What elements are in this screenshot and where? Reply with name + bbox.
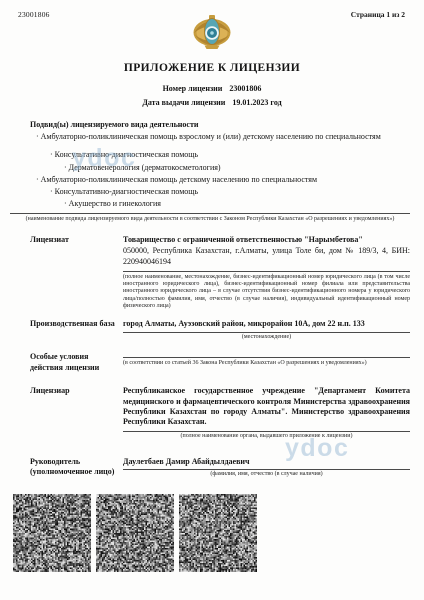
bullet-marker: · — [36, 175, 39, 184]
subtype-item: ·Дерматовенерология (дерматокосметология… — [64, 164, 410, 173]
licensee-label: Лицензиат — [30, 235, 123, 245]
qr-code-row — [13, 494, 410, 572]
subtype-item: ·Акушерство и гинекология — [64, 200, 410, 209]
page-header: 23001806 Страница 1 из 2 — [0, 0, 424, 52]
head-person-footnote: (фамилия, имя, отчество (в случае наличи… — [123, 471, 410, 478]
qr-code-2 — [96, 494, 174, 572]
license-annex-page: 23001806 Страница 1 из 2 ПРИЛОЖЕНИЕ К ЛИ… — [0, 0, 424, 600]
bullet-marker: · — [36, 132, 39, 141]
qr-code-3 — [179, 494, 257, 572]
bullet-marker: · — [64, 163, 67, 172]
licensee-row: Лицензиат Товарищество с ограниченной от… — [30, 235, 410, 310]
subtypes-heading: Подвид(ы) лицензируемого вида деятельнос… — [30, 120, 410, 129]
license-date-label: Дата выдачи лицензии — [142, 98, 225, 107]
head-person-label-line1: Руководитель — [30, 457, 123, 467]
document-number: 23001806 — [18, 10, 50, 19]
license-number-label: Номер лицензии — [163, 84, 223, 93]
subtype-item: ·Амбулаторно-поликлиническая помощь взро… — [36, 133, 410, 142]
bullet-marker: · — [50, 187, 53, 196]
license-number-line: Номер лицензии23001806 — [0, 84, 424, 93]
production-base-label: Производственная база — [30, 319, 123, 329]
special-conditions-row: Особые условия действия лицензии (в соот… — [30, 352, 410, 373]
bullet-marker: · — [64, 199, 67, 208]
special-conditions-label-line2: действия лицензии — [30, 363, 123, 373]
page-title: ПРИЛОЖЕНИЕ К ЛИЦЕНЗИИ — [0, 62, 424, 74]
subtype-item: ·Амбулаторно-поликлиническая помощь детс… — [36, 176, 410, 185]
license-number-value: 23001806 — [229, 84, 261, 93]
page-indicator: Страница 1 из 2 — [351, 10, 405, 19]
subtype-item: ·Консультативно-диагностическая помощь — [50, 151, 410, 160]
production-base-value-block: город Алматы, Ауэзовский район, микрорай… — [123, 319, 410, 341]
license-date-value: 19.01.2023 год — [232, 98, 281, 107]
subtype-text: Акушерство и гинекология — [69, 199, 161, 208]
production-base-value: город Алматы, Ауэзовский район, микрорай… — [123, 319, 410, 332]
license-date-line: Дата выдачи лицензии19.01.2023 год — [0, 98, 424, 107]
licensor-value: Республиканское государственное учрежден… — [123, 386, 410, 428]
licensee-value: Товарищество с ограниченной ответственно… — [123, 235, 410, 310]
special-conditions-label: Особые условия действия лицензии — [30, 352, 123, 373]
licensee-name: Товарищество с ограниченной ответственно… — [123, 235, 410, 245]
qr-code-1 — [13, 494, 91, 572]
subtype-text: Консультативно-диагностическая помощь — [55, 150, 198, 159]
head-person-value-block: Даулетбаев Дамир Абайдылдаевич (фамилия,… — [123, 457, 410, 479]
head-person-label-line2: (уполномоченное лицо) — [30, 467, 123, 477]
licensee-address: 050000, Республика Казахстан, г.Алматы, … — [123, 246, 410, 268]
licensor-footnote: (полное наименование органа, выдавшего п… — [123, 431, 410, 441]
bullet-marker: · — [50, 150, 53, 159]
special-conditions-footnote: (в соответствии со статьей 36 Закона Рес… — [123, 357, 410, 367]
licensor-label: Лицензиар — [30, 386, 123, 396]
subtype-text: Дерматовенерология (дерматокосметология) — [69, 163, 221, 172]
production-base-row: Производственная база город Алматы, Ауэз… — [30, 319, 410, 341]
head-person-name: Даулетбаев Дамир Абайдылдаевич — [123, 457, 410, 470]
licensee-footnote: (полное наименование, местонахождение, б… — [123, 271, 410, 310]
kazakhstan-emblem-icon — [192, 11, 232, 51]
licensor-value-block: Республиканское государственное учрежден… — [123, 386, 410, 440]
subtype-item: ·Консультативно-диагностическая помощь — [50, 188, 410, 197]
special-conditions-label-line1: Особые условия — [30, 352, 123, 362]
licensor-row: Лицензиар Республиканское государственно… — [30, 386, 410, 440]
subtype-text: Консультативно-диагностическая помощь — [55, 187, 198, 196]
subtype-text: Амбулаторно-поликлиническая помощь детск… — [41, 175, 317, 184]
subtype-text: Амбулаторно-поликлиническая помощь взрос… — [41, 132, 381, 141]
head-person-label: Руководитель (уполномоченное лицо) — [30, 457, 123, 478]
head-person-row: Руководитель (уполномоченное лицо) Дауле… — [30, 457, 410, 479]
subtypes-footnote: (наименование подвида лицензируемого вид… — [10, 213, 410, 223]
license-meta: Номер лицензии23001806 Дата выдачи лицен… — [0, 84, 424, 107]
production-base-footnote: (местонахождение) — [123, 334, 410, 341]
document-body: Подвид(ы) лицензируемого вида деятельнос… — [0, 120, 424, 572]
special-conditions-value-block: (в соответствии со статьей 36 Закона Рес… — [123, 352, 410, 367]
